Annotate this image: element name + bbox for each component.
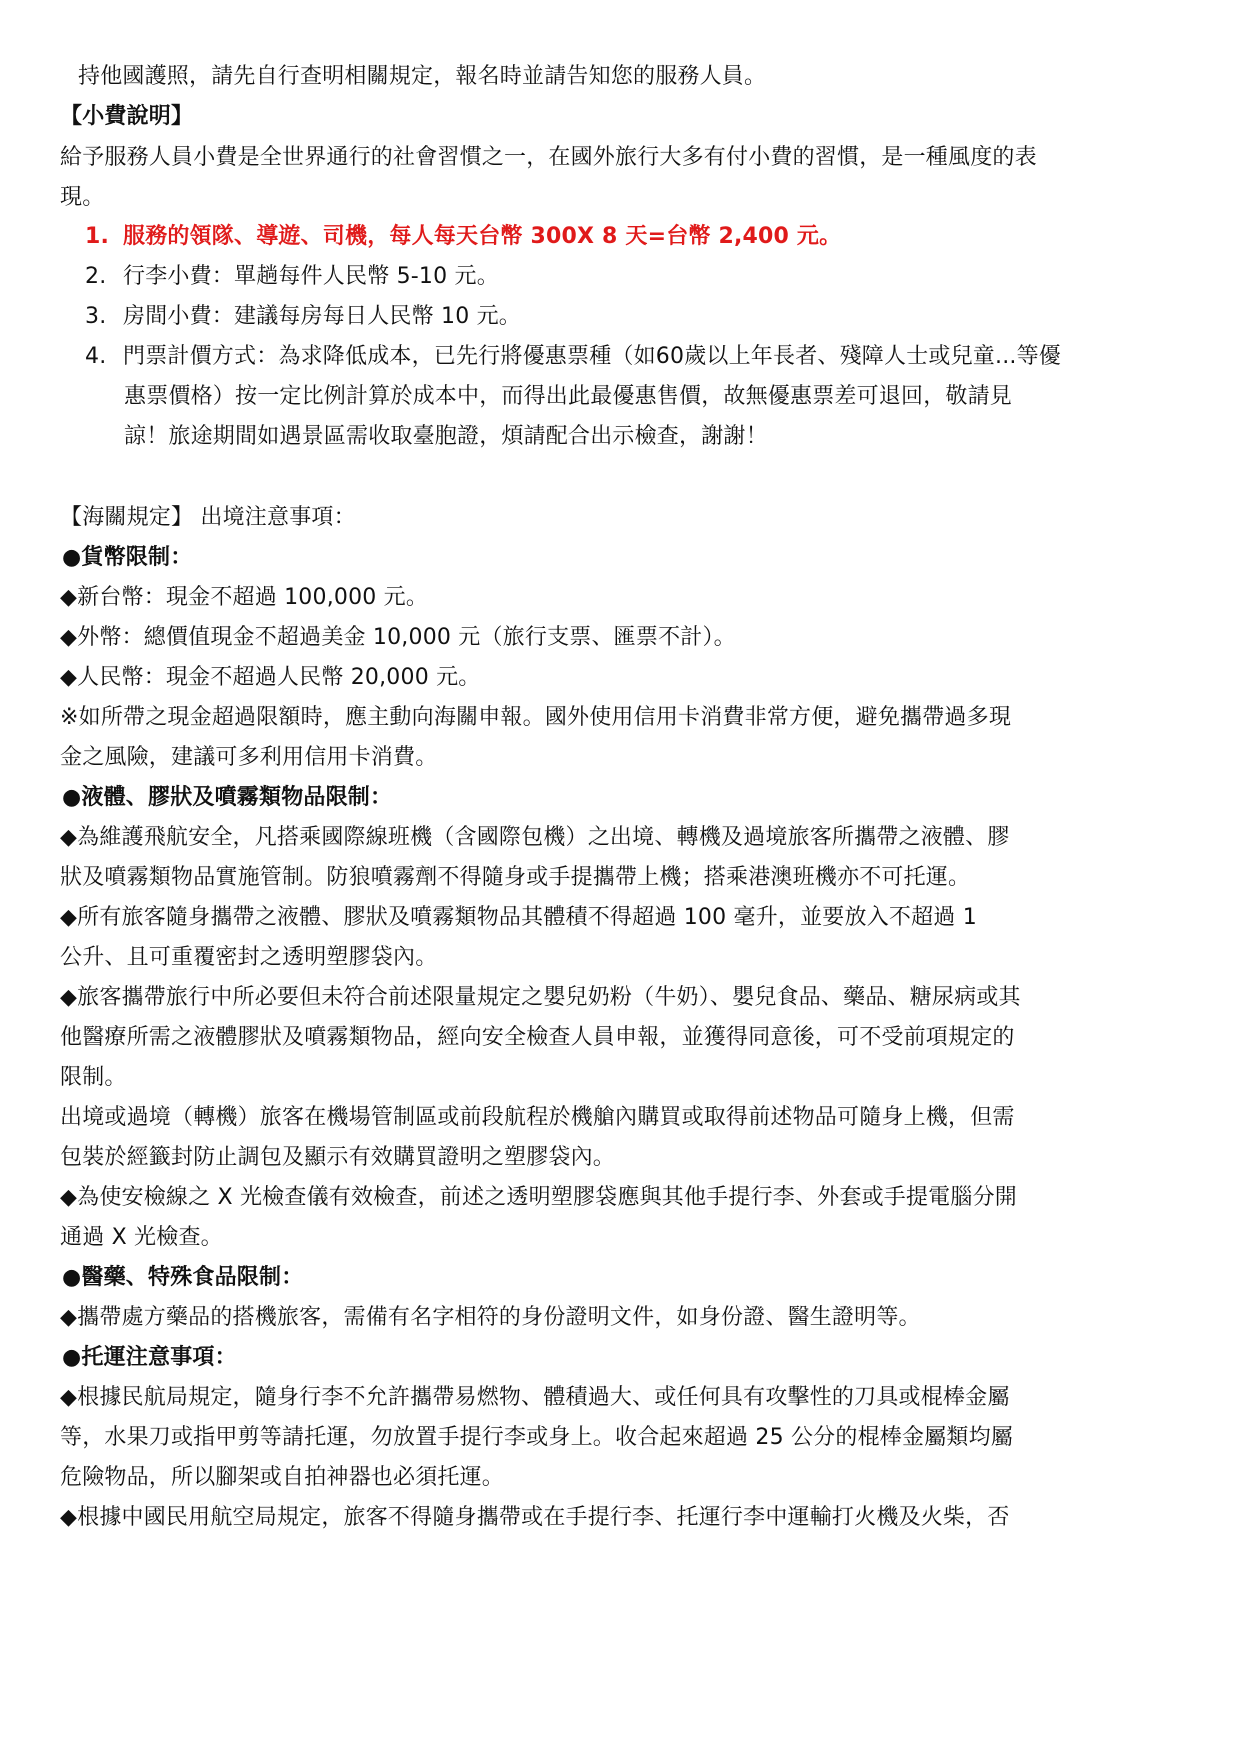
currency-line: ◆外幣：總價值現金不超過美金 10,000 元（旅行支票、匯票不計）。 [60,623,736,653]
tips-item-4: 4.門票計價方式：為求降低成本，已先行將優惠票種（如60歲以上年長者、殘障人士或… [85,342,1061,372]
liquids-line: 公升、且可重覆密封之透明塑膠袋內。 [60,943,437,973]
list-number: 4. [85,342,123,372]
checked-baggage-line: ◆根據中國民用航空局規定，旅客不得隨身攜帶或在手提行李、托運行李中運輸打火機及火… [60,1503,1010,1533]
liquids-line: 包裝於經籤封防止調包及顯示有效購買證明之塑膠袋內。 [60,1143,615,1173]
tips-item-text: 房間小費：建議每房每日人民幣 10 元。 [123,304,521,329]
list-number: 2. [85,262,123,292]
tips-item-1: 1.服務的領隊、導遊、司機，每人每天台幣 300X 8 天=台幣 2,400 元… [85,222,841,252]
tips-item-text: 服務的領隊、導遊、司機，每人每天台幣 300X 8 天=台幣 2,400 元。 [123,224,841,249]
tips-item-3: 3.房間小費：建議每房每日人民幣 10 元。 [85,302,521,332]
tips-paragraph-line: 給予服務人員小費是全世界通行的社會習慣之一，在國外旅行大多有付小費的習慣，是一種… [60,143,1037,173]
medicine-line: ◆攜帶處方藥品的搭機旅客，需備有名字相符的身份證明文件，如身份證、醫生證明等。 [60,1303,921,1333]
liquids-line: 通過 X 光檢查。 [60,1223,223,1253]
liquids-line: ◆所有旅客隨身攜帶之液體、膠狀及噴霧類物品其體積不得超過 100 毫升，並要放入… [60,903,977,933]
tips-item-text: 門票計價方式：為求降低成本，已先行將優惠票種（如60歲以上年長者、殘障人士或兒童… [123,344,1061,369]
tips-item-text: 行李小費：單趟每件人民幣 5-10 元。 [123,264,499,289]
liquids-line: 出境或過境（轉機）旅客在機場管制區或前段航程於機艙內購買或取得前述物品可隨身上機… [60,1103,1015,1133]
medicine-title: ●醫藥、特殊食品限制： [62,1263,303,1293]
list-number: 1. [85,222,123,252]
liquids-line: ◆為維護飛航安全，凡搭乘國際線班機（含國際包機）之出境、轉機及過境旅客所攜帶之液… [60,823,1010,853]
checked-baggage-line: ◆根據民航局規定，隨身行李不允許攜帶易燃物、體積過大、或任何具有攻擊性的刀具或棍… [60,1383,1010,1413]
checked-baggage-line: 危險物品，所以腳架或自拍神器也必須托運。 [60,1463,504,1493]
checked-baggage-title: ●托運注意事項： [62,1343,237,1373]
intro-line: 持他國護照，請先自行查明相關規定，報名時並請告知您的服務人員。 [78,62,766,92]
checked-baggage-line: 等，水果刀或指甲剪等請托運，勿放置手提行李或身上。收合起來超過 25 公分的棍棒… [60,1423,1013,1453]
liquids-line: ◆旅客攜帶旅行中所必要但未符合前述限量規定之嬰兒奶粉（牛奶）、嬰兒食品、藥品、糖… [60,983,1021,1013]
currency-note-line: 金之風險，建議可多利用信用卡消費。 [60,743,437,773]
liquids-line: 他醫療所需之液體膠狀及噴霧類物品，經向安全檢查人員申報，並獲得同意後，可不受前項… [60,1023,1015,1053]
liquids-title: ●液體、膠狀及噴霧類物品限制： [62,783,392,813]
liquids-line: ◆為使安檢線之 X 光檢查儀有效檢查，前述之透明塑膠袋應與其他手提行李、外套或手… [60,1183,1017,1213]
currency-note-line: ※如所帶之現金超過限額時，應主動向海關申報。國外使用信用卡消費非常方便，避免攜帶… [60,703,1011,733]
customs-heading: 【海關規定】 出境注意事項： [60,503,356,533]
tips-paragraph-line: 現。 [60,183,104,213]
tips-heading: 【小費說明】 [60,102,193,132]
tips-item-4-continued: 諒！旅途期間如遇景區需收取臺胞證，煩請配合出示檢查，謝謝！ [124,422,768,452]
tips-item-4-continued: 惠票價格）按一定比例計算於成本中，而得出此最優惠售價，故無優惠票差可退回，敬請見 [124,382,1012,412]
currency-line: ◆新台幣：現金不超過 100,000 元。 [60,583,428,613]
currency-title: ●貨幣限制： [62,543,192,573]
tips-item-2: 2.行李小費：單趟每件人民幣 5-10 元。 [85,262,499,292]
currency-line: ◆人民幣：現金不超過人民幣 20,000 元。 [60,663,481,693]
liquids-line: 狀及噴霧類物品實施管制。防狼噴霧劑不得隨身或手提攜帶上機；搭乘港澳班機亦不可托運… [60,863,970,893]
liquids-line: 限制。 [60,1063,127,1093]
list-number: 3. [85,302,123,332]
